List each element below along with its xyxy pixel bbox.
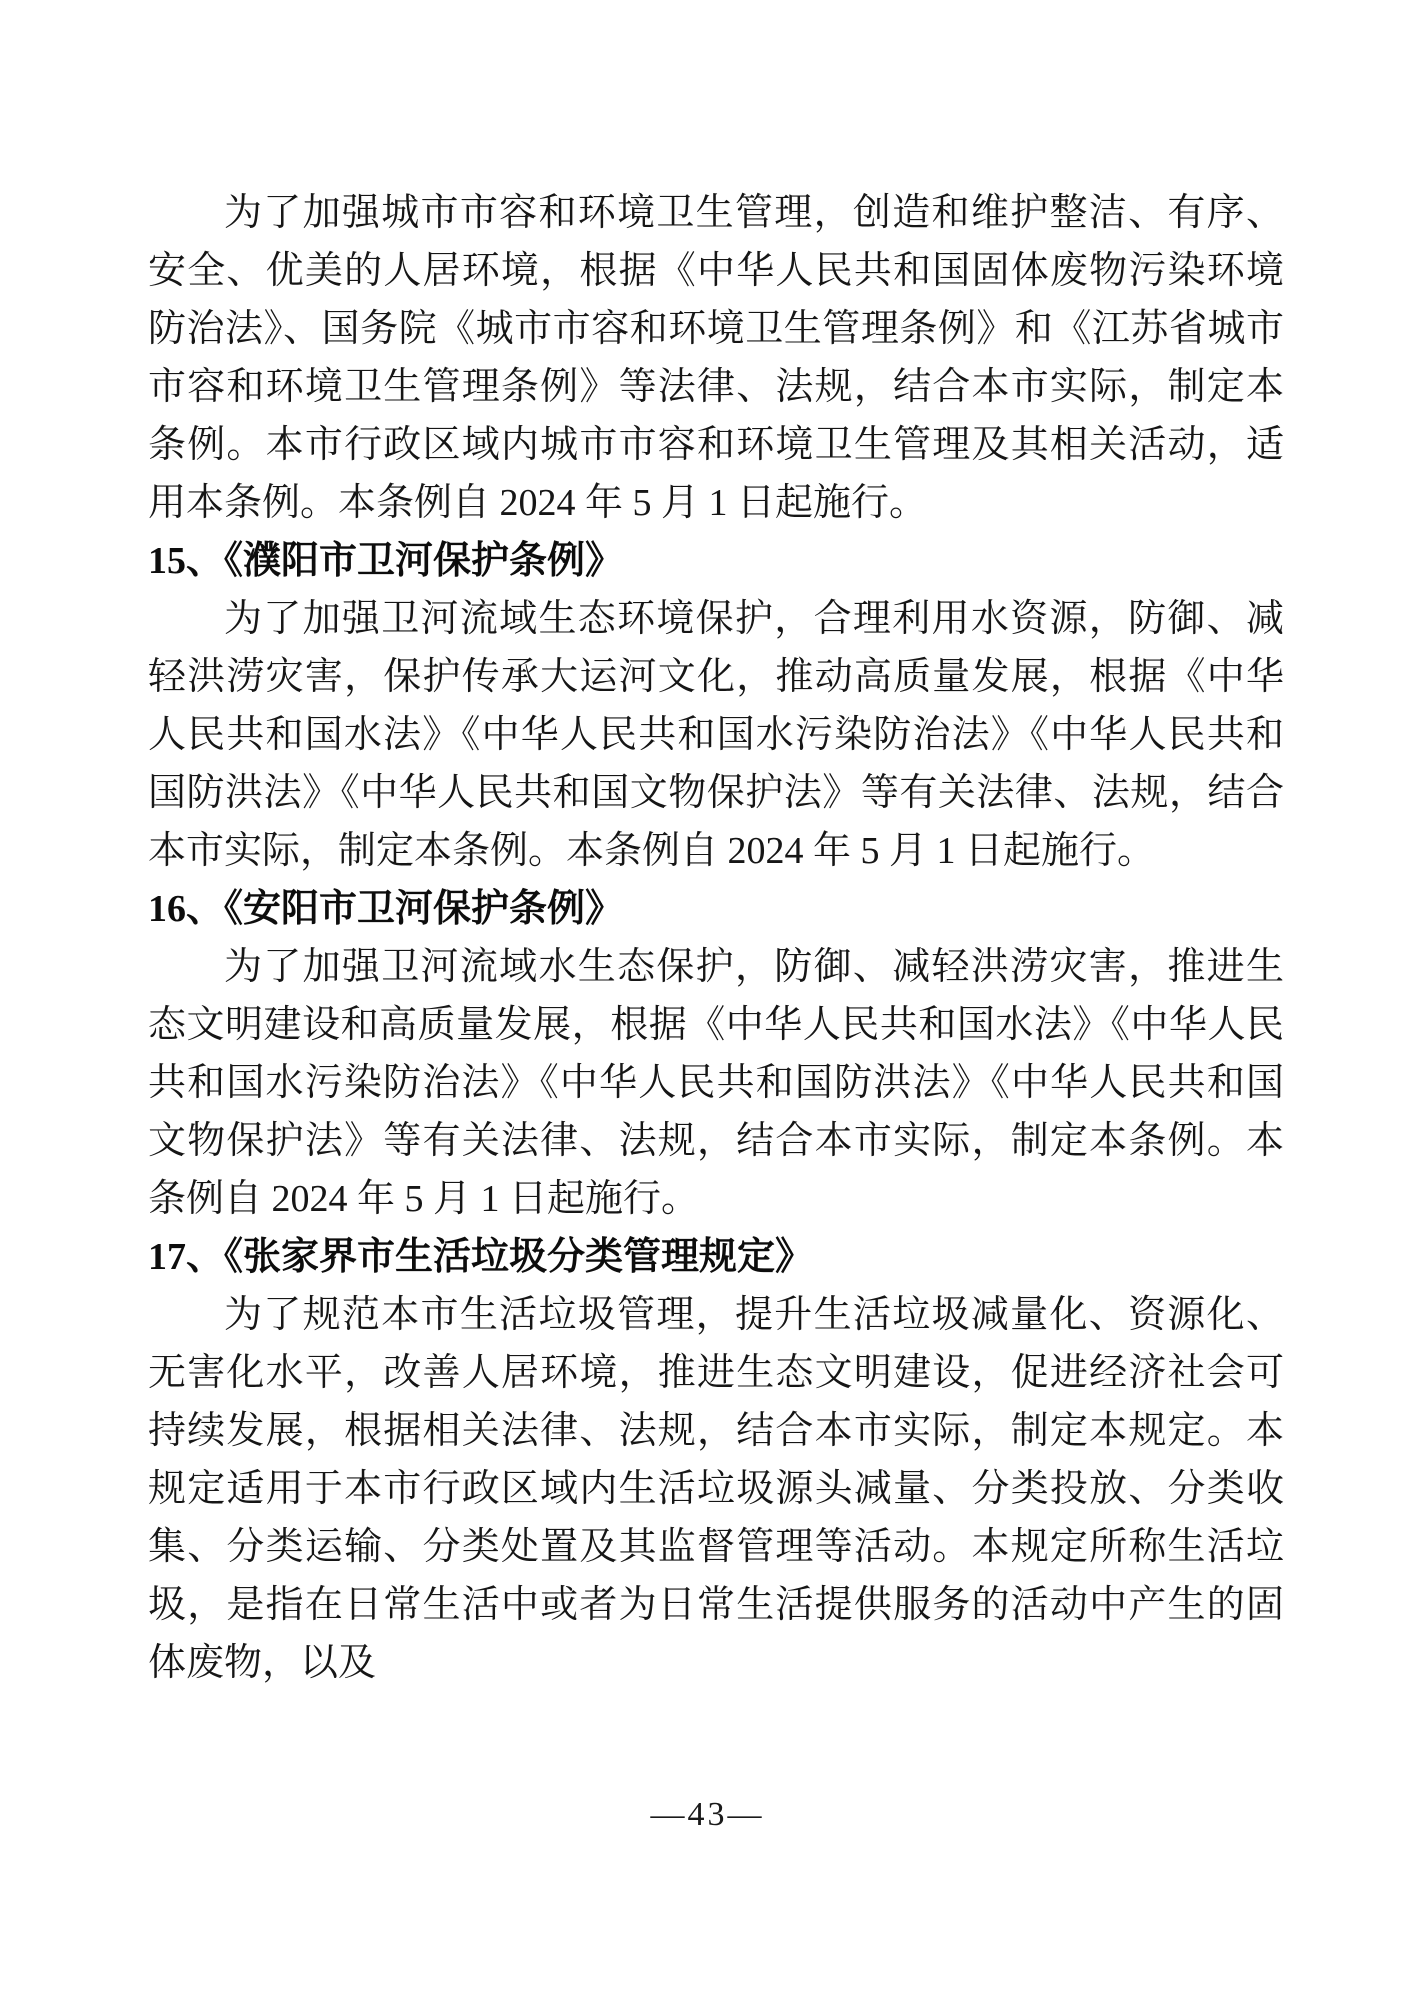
page-number: —43— <box>651 1796 765 1833</box>
heading-item-15: 15、《濮阳市卫河保护条例》 <box>148 532 1284 590</box>
heading-item-16: 16、《安阳市卫河保护条例》 <box>148 880 1284 938</box>
heading-item-17: 17、《张家界市生活垃圾分类管理规定》 <box>148 1228 1284 1286</box>
page-footer: —43— <box>0 1796 1415 1834</box>
document-body: 为了加强城市市容和环境卫生管理，创造和维护整洁、有序、安全、优美的人居环境，根据… <box>148 184 1284 1692</box>
paragraph-item-16: 为了加强卫河流域水生态保护，防御、减轻洪涝灾害，推进生态文明建设和高质量发展，根… <box>148 938 1284 1228</box>
paragraph-item-17: 为了规范本市生活垃圾管理，提升生活垃圾减量化、资源化、无害化水平，改善人居环境，… <box>148 1286 1284 1692</box>
document-page: 为了加强城市市容和环境卫生管理，创造和维护整洁、有序、安全、优美的人居环境，根据… <box>0 0 1415 2000</box>
paragraph-item-15: 为了加强卫河流域生态环境保护，合理利用水资源，防御、减轻洪涝灾害，保护传承大运河… <box>148 590 1284 880</box>
paragraph-item14-continuation: 为了加强城市市容和环境卫生管理，创造和维护整洁、有序、安全、优美的人居环境，根据… <box>148 184 1284 532</box>
